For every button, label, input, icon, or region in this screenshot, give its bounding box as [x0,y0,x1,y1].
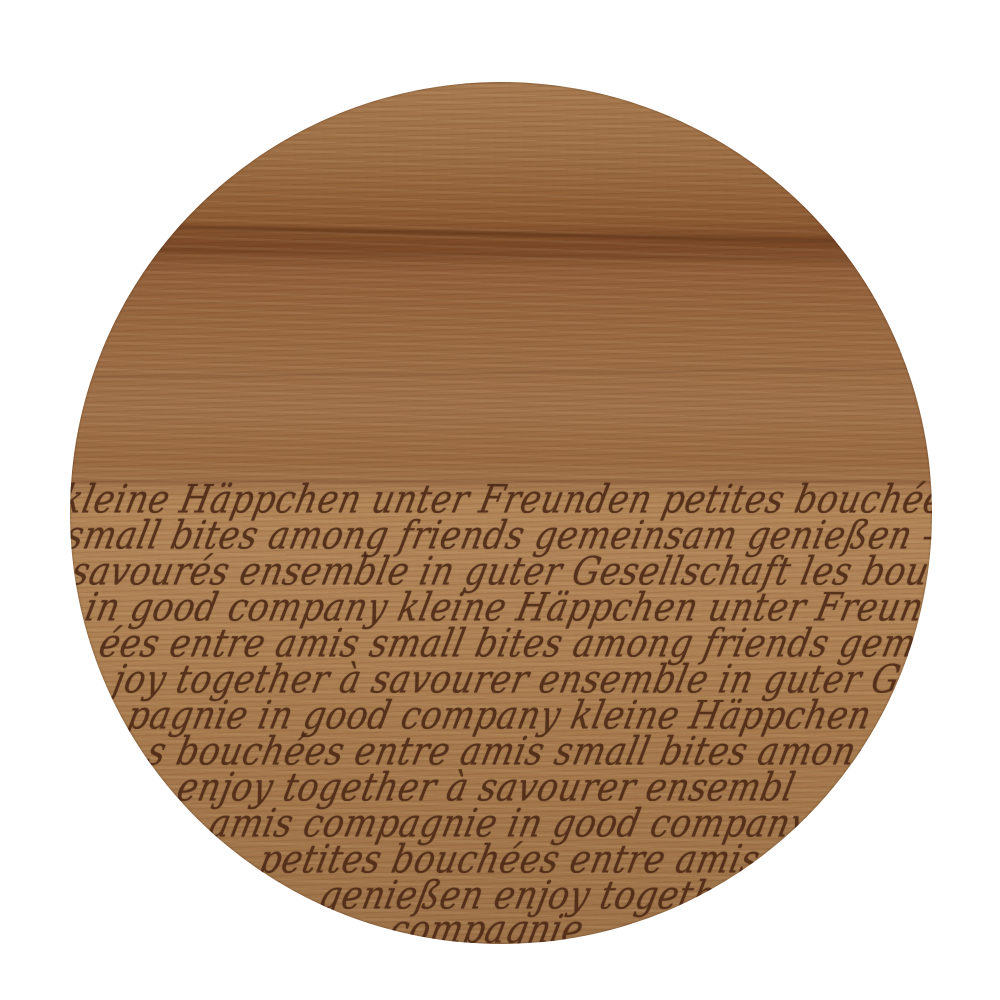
wood-grain-streak [70,223,932,246]
product-photo: kleine Häppchen unter Freunden petites b… [0,0,1000,1000]
round-wooden-board: kleine Häppchen unter Freunden petites b… [70,82,932,944]
engraved-text-line: compagnie [385,907,588,944]
wood-grain-streak [70,248,932,263]
engraved-handwriting: kleine Häppchen unter Freunden petites b… [70,482,932,944]
wood-grain-streak [70,367,932,378]
